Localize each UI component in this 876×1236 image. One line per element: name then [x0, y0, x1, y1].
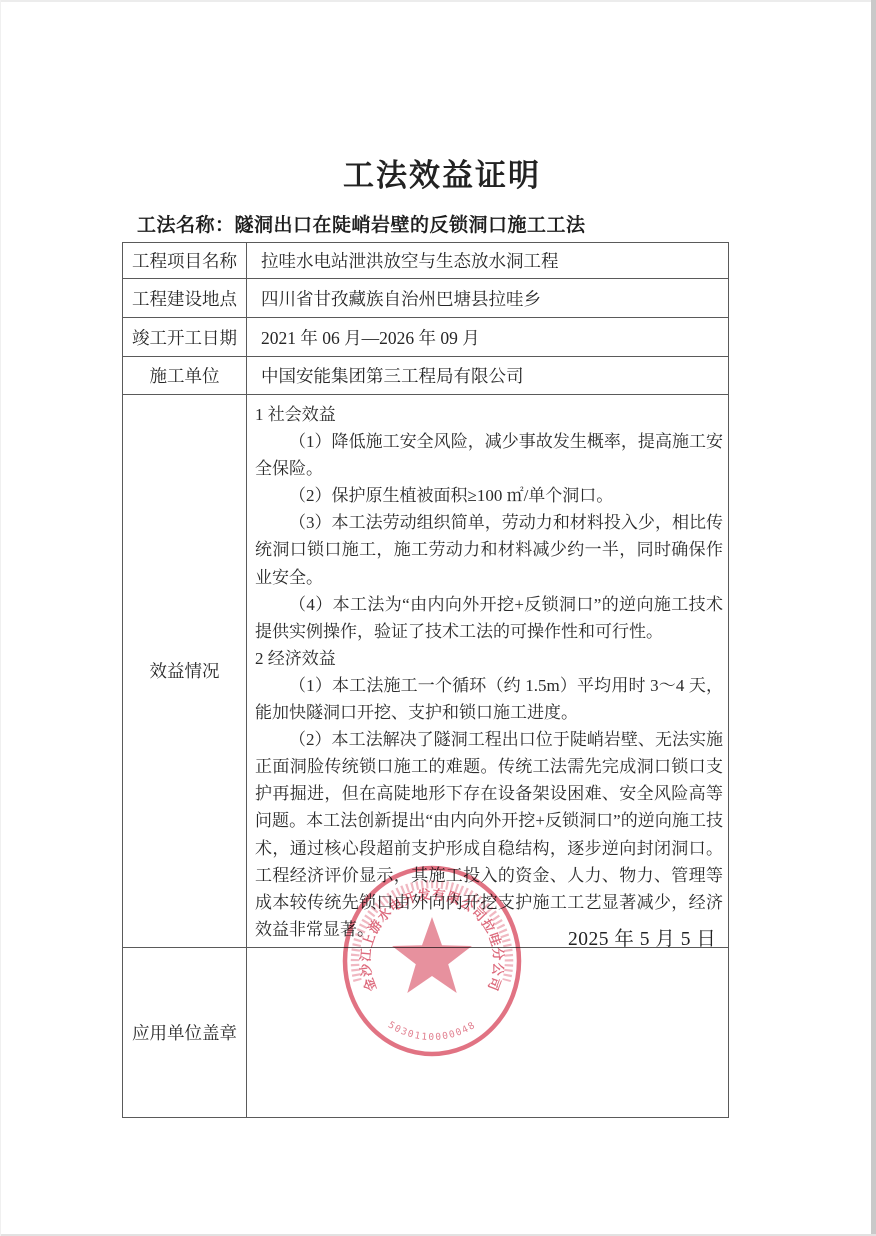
- table-row-project-dates: 竣工开工日期 2021 年 06 月—2026 年 09 月: [123, 318, 729, 357]
- row-value: 中国安能集团第三工程局有限公司: [247, 357, 729, 395]
- stamp-cell: [247, 947, 729, 1117]
- row-value: 四川省甘孜藏族自治州巴塘县拉哇乡: [247, 279, 729, 318]
- row-value: 2021 年 06 月—2026 年 09 月: [247, 318, 729, 357]
- benefit-paragraph: （4）本工法为“由内向外开挖+反锁洞口”的逆向施工技术提供实例操作，验证了技术工…: [255, 591, 723, 645]
- scan-edge-left: [0, 0, 1, 1236]
- row-label: 施工单位: [123, 357, 247, 395]
- benefit-paragraph: 1 社会效益: [255, 401, 723, 428]
- benefit-paragraph: （1）降低施工安全风险，减少事故发生概率，提高施工安全保险。: [255, 428, 723, 482]
- benefit-paragraph: （2）保护原生植被面积≥100 ㎡/单个洞口。: [255, 482, 723, 509]
- document-title: 工法效益证明: [4, 150, 876, 195]
- scan-edge-top: [0, 0, 876, 2]
- table-row-stamp: 应用单位盖章: [123, 947, 729, 1117]
- issue-date: 2025 年 5 月 5 日: [568, 923, 738, 951]
- benefit-paragraph: （1）本工法施工一个循环（约 1.5m）平均用时 3～4 天，能加快隧洞口开挖、…: [255, 672, 723, 726]
- benefit-content: 1 社会效益 （1）降低施工安全风险，减少事故发生概率，提高施工安全保险。 （2…: [247, 395, 729, 948]
- method-name-label: 工法名称：: [137, 215, 235, 236]
- benefit-paragraph: 2 经济效益: [255, 645, 723, 672]
- table-row-construction-unit: 施工单位 中国安能集团第三工程局有限公司: [123, 357, 729, 395]
- certificate-page: 工法效益证明 工法名称：隧洞出口在陡峭岩壁的反锁洞口施工工法 工程项目名称 拉哇…: [0, 0, 876, 1236]
- table-row-benefit: 效益情况 1 社会效益 （1）降低施工安全风险，减少事故发生概率，提高施工安全保…: [123, 395, 729, 948]
- method-name-line: 工法名称：隧洞出口在陡峭岩壁的反锁洞口施工工法: [137, 210, 777, 237]
- row-label: 工程项目名称: [123, 243, 247, 279]
- row-label: 工程建设地点: [123, 279, 247, 318]
- table-row-project-name: 工程项目名称 拉哇水电站泄洪放空与生态放水洞工程: [123, 243, 729, 279]
- row-label: 竣工开工日期: [123, 318, 247, 357]
- row-label: 效益情况: [123, 395, 247, 948]
- row-value: 拉哇水电站泄洪放空与生态放水洞工程: [247, 243, 729, 279]
- table-row-project-location: 工程建设地点 四川省甘孜藏族自治州巴塘县拉哇乡: [123, 279, 729, 318]
- method-name-value: 隧洞出口在陡峭岩壁的反锁洞口施工工法: [235, 215, 586, 236]
- benefit-paragraph: （2）本工法解决了隧洞工程出口位于陡峭岩壁、无法实施正面洞脸传统锁口施工的难题。…: [255, 726, 723, 943]
- certificate-table: 工程项目名称 拉哇水电站泄洪放空与生态放水洞工程 工程建设地点 四川省甘孜藏族自…: [122, 242, 729, 1118]
- benefit-paragraph: （3）本工法劳动组织简单，劳动力和材料投入少，相比传统洞口锁口施工，施工劳动力和…: [255, 509, 723, 590]
- row-label: 应用单位盖章: [123, 947, 247, 1117]
